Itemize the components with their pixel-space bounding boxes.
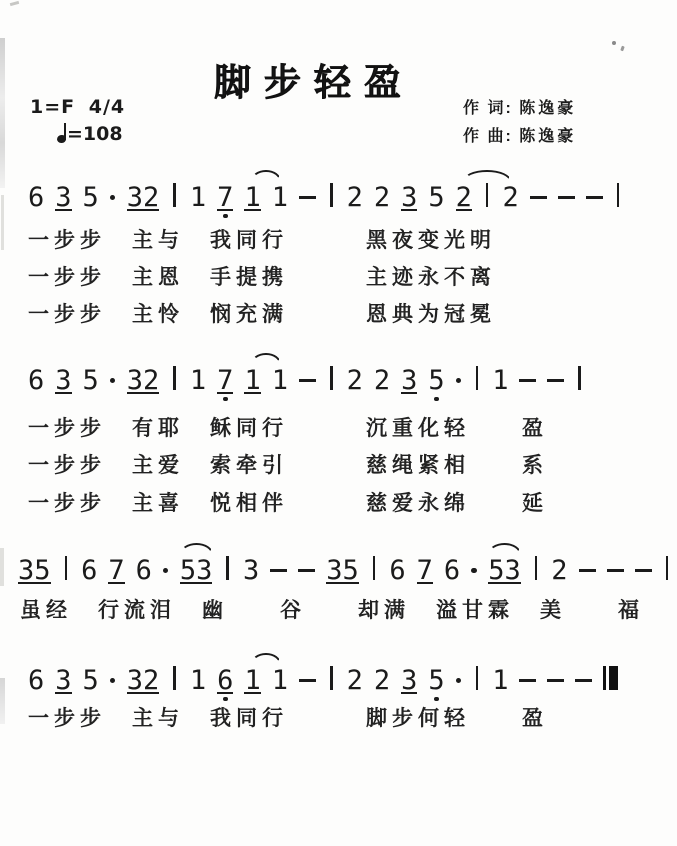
augmentation-dot bbox=[471, 557, 477, 585]
notation-tokens: 63532161122351 bbox=[28, 666, 618, 695]
held-beat-dash bbox=[607, 557, 624, 585]
composer-name: 陈逸豪 bbox=[519, 126, 576, 145]
held-beat-dash bbox=[586, 184, 603, 212]
note-3: 3 bbox=[401, 667, 417, 695]
held-beat-dash bbox=[519, 667, 536, 695]
note-3: 3 bbox=[401, 184, 417, 212]
barline bbox=[173, 183, 176, 207]
lyric-line-verse3-part2: 一步步 主喜 悦相伴 慈爱永绵 延 bbox=[28, 487, 548, 517]
barline bbox=[65, 556, 68, 580]
note-1: 1 bbox=[244, 367, 260, 395]
scan-speck-artifact bbox=[620, 46, 625, 52]
note-53: 53 bbox=[180, 557, 213, 585]
jianpu-line-4: 63532161122351 bbox=[28, 652, 618, 707]
held-beat-dash bbox=[547, 367, 564, 395]
note-1: 1 bbox=[190, 184, 206, 212]
note-6: 6 bbox=[28, 367, 44, 395]
held-beat-dash bbox=[299, 667, 316, 695]
barline bbox=[173, 666, 176, 690]
augmentation-dot bbox=[110, 184, 116, 212]
note-5: 5 bbox=[83, 667, 99, 695]
barline bbox=[330, 666, 333, 690]
held-beat-dash bbox=[575, 667, 592, 695]
note-6: 6 bbox=[389, 557, 405, 585]
barline bbox=[476, 366, 479, 390]
note-2: 2 bbox=[502, 184, 518, 212]
song-title: 脚步轻盈 bbox=[214, 52, 414, 106]
barline bbox=[486, 183, 489, 207]
augmentation-dot bbox=[456, 367, 462, 395]
tempo-value: =108 bbox=[67, 123, 123, 145]
note-3: 3 bbox=[243, 557, 259, 585]
note-7: 7 bbox=[108, 557, 124, 585]
scan-streak-artifact bbox=[0, 678, 5, 724]
slur-tie-arc bbox=[251, 170, 281, 181]
note-1: 1 bbox=[190, 667, 206, 695]
barline bbox=[373, 556, 376, 580]
held-beat-dash bbox=[558, 184, 575, 212]
note-6: 6 bbox=[28, 667, 44, 695]
lyric-line-verse3: 一步步 主怜 悯充满 恩典为冠冕 bbox=[28, 298, 496, 328]
note-5: 5 bbox=[83, 184, 99, 212]
lyric-line-verse2: 一步步 主恩 手提携 主迹永不离 bbox=[28, 261, 496, 291]
composer-credit: 作 曲: 陈逸豪 bbox=[463, 123, 576, 146]
note-2: 2 bbox=[374, 367, 390, 395]
scan-speck-artifact bbox=[612, 41, 616, 45]
note-2: 2 bbox=[374, 667, 390, 695]
lyricist-credit: 作 词: 陈逸豪 bbox=[463, 95, 576, 118]
notation-tokens: 3567653335676532 bbox=[18, 556, 671, 585]
slur-tie-arc bbox=[251, 653, 281, 664]
note-7: 7 bbox=[417, 557, 433, 585]
lyric-line-verse1: 一步步 主与 我同行 黑夜变光明 bbox=[28, 224, 496, 254]
augmentation-dot bbox=[110, 667, 116, 695]
held-beat-dash bbox=[270, 557, 287, 585]
note-3: 3 bbox=[401, 367, 417, 395]
final-barline bbox=[603, 666, 618, 690]
held-beat-dash bbox=[547, 667, 564, 695]
key-and-time-signature: 1=F 4/4 bbox=[30, 96, 125, 118]
note-5: 5 bbox=[428, 184, 444, 212]
augmentation-dot bbox=[163, 557, 169, 585]
held-beat-dash bbox=[299, 184, 316, 212]
barline bbox=[330, 183, 333, 207]
barline bbox=[617, 183, 620, 207]
note-1: 1 bbox=[190, 367, 206, 395]
note-53: 53 bbox=[488, 557, 521, 585]
jianpu-line-2: 63532171122351 bbox=[28, 352, 584, 407]
note-2: 2 bbox=[551, 557, 567, 585]
note-1: 1 bbox=[272, 367, 288, 395]
note-6: 6 bbox=[28, 184, 44, 212]
scan-streak-artifact bbox=[1, 195, 4, 250]
note-35: 35 bbox=[18, 557, 51, 585]
held-beat-dash bbox=[635, 557, 652, 585]
note-6: 6 bbox=[444, 557, 460, 585]
notation-tokens: 63532171122351 bbox=[28, 366, 584, 395]
held-beat-dash bbox=[298, 557, 315, 585]
quarter-note-icon bbox=[57, 135, 66, 143]
note-32: 32 bbox=[127, 667, 160, 695]
note-7-low: 7 bbox=[217, 367, 233, 395]
augmentation-dot bbox=[456, 667, 462, 695]
note-2: 2 bbox=[456, 184, 472, 212]
lyricist-name: 陈逸豪 bbox=[519, 98, 576, 117]
slur-tie-arc bbox=[488, 543, 521, 554]
sheet-music-page: 脚步轻盈 1=F 4/4 =108 作 词: 陈逸豪 作 曲: 陈逸豪 6353… bbox=[0, 0, 677, 846]
tempo-marking: =108 bbox=[57, 123, 123, 145]
note-6: 6 bbox=[136, 557, 152, 585]
lyric-line-final: 一步步 主与 我同行 脚步何轻 盈 bbox=[28, 702, 548, 732]
composer-label: 作 曲: bbox=[463, 128, 519, 145]
note-1: 1 bbox=[244, 184, 260, 212]
lyric-line-bridge: 虽经 行流泪 幽 谷 却满 溢甘霖 美 福 bbox=[20, 594, 644, 624]
lyric-line-verse1-part2: 一步步 有耶 稣同行 沉重化轻 盈 bbox=[28, 412, 548, 442]
barline bbox=[476, 666, 479, 690]
note-2: 2 bbox=[347, 367, 363, 395]
jianpu-line-1: 635321711223522 bbox=[28, 169, 622, 224]
note-32: 32 bbox=[127, 184, 160, 212]
barline bbox=[226, 556, 229, 580]
augmentation-dot bbox=[110, 367, 116, 395]
slur-tie-arc bbox=[180, 543, 213, 554]
slur-tie-arc bbox=[463, 170, 511, 181]
note-5: 5 bbox=[83, 367, 99, 395]
jianpu-line-3: 3567653335676532 bbox=[18, 542, 671, 597]
held-beat-dash bbox=[519, 367, 536, 395]
notation-tokens: 635321711223522 bbox=[28, 183, 622, 212]
held-beat-dash bbox=[579, 557, 596, 585]
note-6-low: 6 bbox=[217, 667, 233, 695]
scan-speck-artifact bbox=[10, 1, 19, 6]
barline bbox=[173, 366, 176, 390]
note-6: 6 bbox=[81, 557, 97, 585]
note-7-low: 7 bbox=[217, 184, 233, 212]
barline bbox=[578, 366, 581, 390]
barline bbox=[330, 366, 333, 390]
note-3: 3 bbox=[55, 367, 71, 395]
note-35: 35 bbox=[326, 557, 359, 585]
note-1: 1 bbox=[492, 667, 508, 695]
note-1: 1 bbox=[244, 667, 260, 695]
barline bbox=[535, 556, 538, 580]
held-beat-dash bbox=[530, 184, 547, 212]
barline bbox=[666, 556, 669, 580]
lyricist-label: 作 词: bbox=[463, 100, 519, 117]
note-3: 3 bbox=[55, 667, 71, 695]
note-5-low: 5 bbox=[428, 667, 444, 695]
note-2: 2 bbox=[347, 184, 363, 212]
note-5-low: 5 bbox=[428, 367, 444, 395]
held-beat-dash bbox=[299, 367, 316, 395]
note-3: 3 bbox=[55, 184, 71, 212]
scan-streak-artifact bbox=[0, 548, 4, 586]
slur-tie-arc bbox=[251, 353, 281, 364]
note-1: 1 bbox=[492, 367, 508, 395]
note-1: 1 bbox=[272, 667, 288, 695]
note-32: 32 bbox=[127, 367, 160, 395]
scan-streak-artifact bbox=[0, 38, 5, 188]
note-2: 2 bbox=[347, 667, 363, 695]
note-1: 1 bbox=[272, 184, 288, 212]
lyric-line-verse2-part2: 一步步 主爱 索牵引 慈绳紧相 系 bbox=[28, 449, 548, 479]
note-2: 2 bbox=[374, 184, 390, 212]
